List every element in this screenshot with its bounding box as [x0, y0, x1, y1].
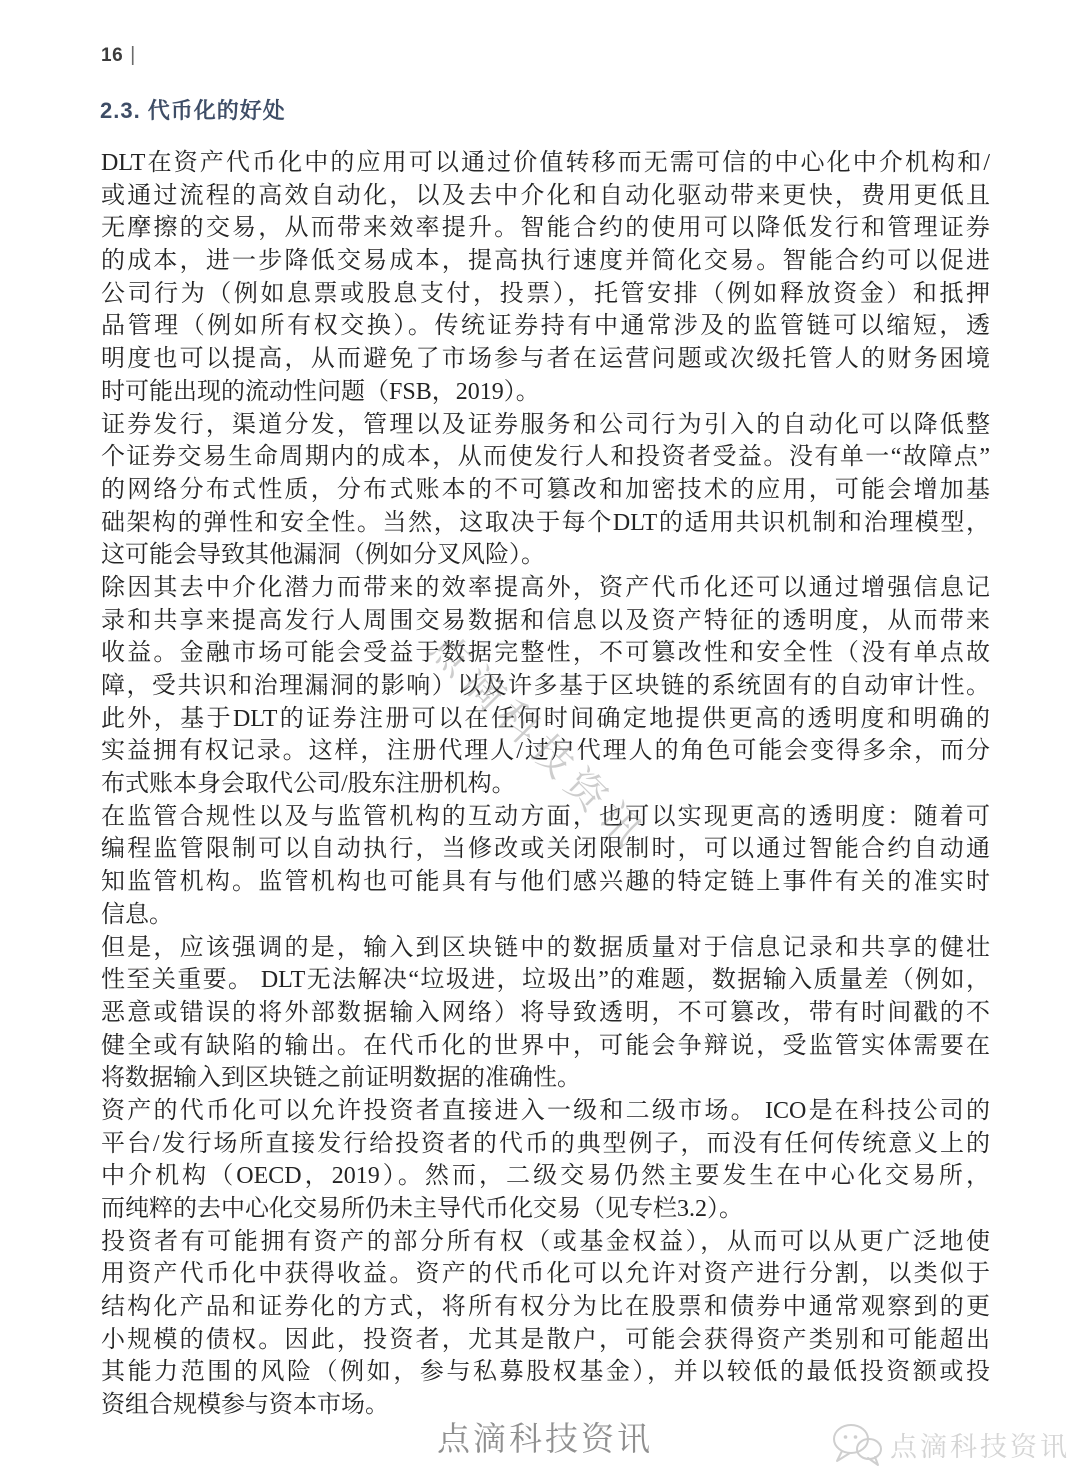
brand-logo-text: 点滴科技资讯	[890, 1425, 1070, 1464]
text-line: 将数据输入到区块链之前证明数据的准确性。	[101, 1062, 990, 1095]
text-line: 实益拥有权记录。这样，注册代理人/过户代理人的角色可能会变得多余，而分	[101, 735, 990, 768]
text-line: 公司行为（例如息票或股息支付，投票），托管安排（例如释放资金）和抵押	[101, 278, 990, 311]
text-line: 布式账本身会取代公司/股东注册机构。	[101, 768, 990, 801]
text-line: 其能力范围的风险（例如，参与私募股权基金），并以较低的最低投资额或投	[101, 1356, 990, 1389]
text-line: 除因其去中介化潜力而带来的效率提高外，资产代币化还可以通过增强信息记	[101, 572, 990, 605]
text-line: 信息。	[101, 899, 990, 932]
brand-logo: 点滴科技资讯	[831, 1421, 1070, 1467]
text-line: 恶意或错误的将外部数据输入网络）将导致透明，不可篡改，带有时间戳的不	[101, 997, 990, 1030]
page-number: 16|	[101, 44, 136, 67]
text-line: 品管理（例如所有权交换）。传统证券持有中通常涉及的监管链可以缩短，透	[101, 310, 990, 343]
text-line: 性至关重要。 DLT无法解决“垃圾进，垃圾出”的难题，数据输入质量差（例如，	[101, 964, 990, 997]
text-line: 无摩擦的交易，从而带来效率提升。智能合约的使用可以降低发行和管理证券	[101, 212, 990, 245]
text-line: 在监管合规性以及与监管机构的互动方面，也可以实现更高的透明度：随着可	[101, 801, 990, 834]
text-line: 资产的代币化可以允许投资者直接进入一级和二级市场。 ICO是在科技公司的	[101, 1095, 990, 1128]
text-line: 投资者有可能拥有资产的部分所有权（或基金权益），从而可以从更广泛地使	[101, 1226, 990, 1259]
text-line: 知监管机构。监管机构也可能具有与他们感兴趣的特定链上事件有关的准实时	[101, 866, 990, 899]
text-line: 小规模的债权。因此，投资者，尤其是散户，可能会获得资产类别和可能超出	[101, 1324, 990, 1357]
text-line: 用资产代币化中获得收益。资产的代币化可以允许对资产进行分割，以类似于	[101, 1258, 990, 1291]
text-line: 础架构的弹性和安全性。当然，这取决于每个DLT的适用共识机制和治理模型，	[101, 507, 990, 540]
text-line: 平台/发行场所直接发行给投资者的代币的典型例子，而没有任何传统意义上的	[101, 1128, 990, 1161]
bottom-center-watermark: 点滴科技资讯	[437, 1413, 653, 1460]
text-line: 录和共享来提高发行人周围交易数据和信息以及资产特征的透明度，从而带来	[101, 605, 990, 638]
text-line: 收益。金融市场可能会受益于数据完整性，不可篡改性和安全性（没有单点故	[101, 637, 990, 670]
text-line: 但是，应该强调的是，输入到区块链中的数据质量对于信息记录和共享的健壮	[101, 932, 990, 965]
text-line: 时可能出现的流动性问题（FSB，2019）。	[101, 376, 990, 409]
text-line: 结构化产品和证券化的方式，将所有权分为比在股票和债券中通常观察到的更	[101, 1291, 990, 1324]
text-line: DLT在资产代币化中的应用可以通过价值转移而无需可信的中心化中介机构和/	[101, 147, 990, 180]
text-line: 或通过流程的高效自动化，以及去中介化和自动化驱动带来更快，费用更低且	[101, 180, 990, 213]
text-line: 而纯粹的去中心化交易所仍未主导代币化交易（见专栏3.2）。	[101, 1193, 990, 1226]
body-text: DLT在资产代币化中的应用可以通过价值转移而无需可信的中心化中介机构和/或通过流…	[101, 147, 990, 1422]
text-line: 明度也可以提高，从而避免了市场参与者在运营问题或次级托管人的财务困境	[101, 343, 990, 376]
text-line: 的成本，进一步降低交易成本，提高执行速度并简化交易。智能合约可以促进	[101, 245, 990, 278]
page-number-separator: |	[130, 44, 136, 66]
text-line: 个证券交易生命周期内的成本，从而使发行人和投资者受益。没有单一“故障点”	[101, 441, 990, 474]
text-line: 此外，基于DLT的证券注册可以在任何时间确定地提供更高的透明度和明确的	[101, 703, 990, 736]
page-number-value: 16	[101, 45, 123, 66]
text-line: 障，受共识和治理漏洞的影响）以及许多基于区块链的系统固有的自动审计性。	[101, 670, 990, 703]
text-line: 编程监管限制可以自动执行，当修改或关闭限制时，可以通过智能合约自动通	[101, 833, 990, 866]
text-line: 证券发行，渠道分发，管理以及证券服务和公司行为引入的自动化可以降低整	[101, 409, 990, 442]
document-page: 16| 2.3. 代币化的好处 DLT在资产代币化中的应用可以通过价值转移而无需…	[0, 0, 1080, 1469]
text-line: 中介机构（OECD，2019）。然而，二级交易仍然主要发生在中心化交易所，	[101, 1160, 990, 1193]
chat-bubbles-icon	[831, 1421, 883, 1467]
text-line: 的网络分布式性质，分布式账本的不可篡改和加密技术的应用，可能会增加基	[101, 474, 990, 507]
text-line: 健全或有缺陷的输出。在代币化的世界中，可能会争辩说，受监管实体需要在	[101, 1030, 990, 1063]
text-line: 这可能会导致其他漏洞（例如分叉风险）。	[101, 539, 990, 572]
section-heading: 2.3. 代币化的好处	[100, 94, 286, 125]
